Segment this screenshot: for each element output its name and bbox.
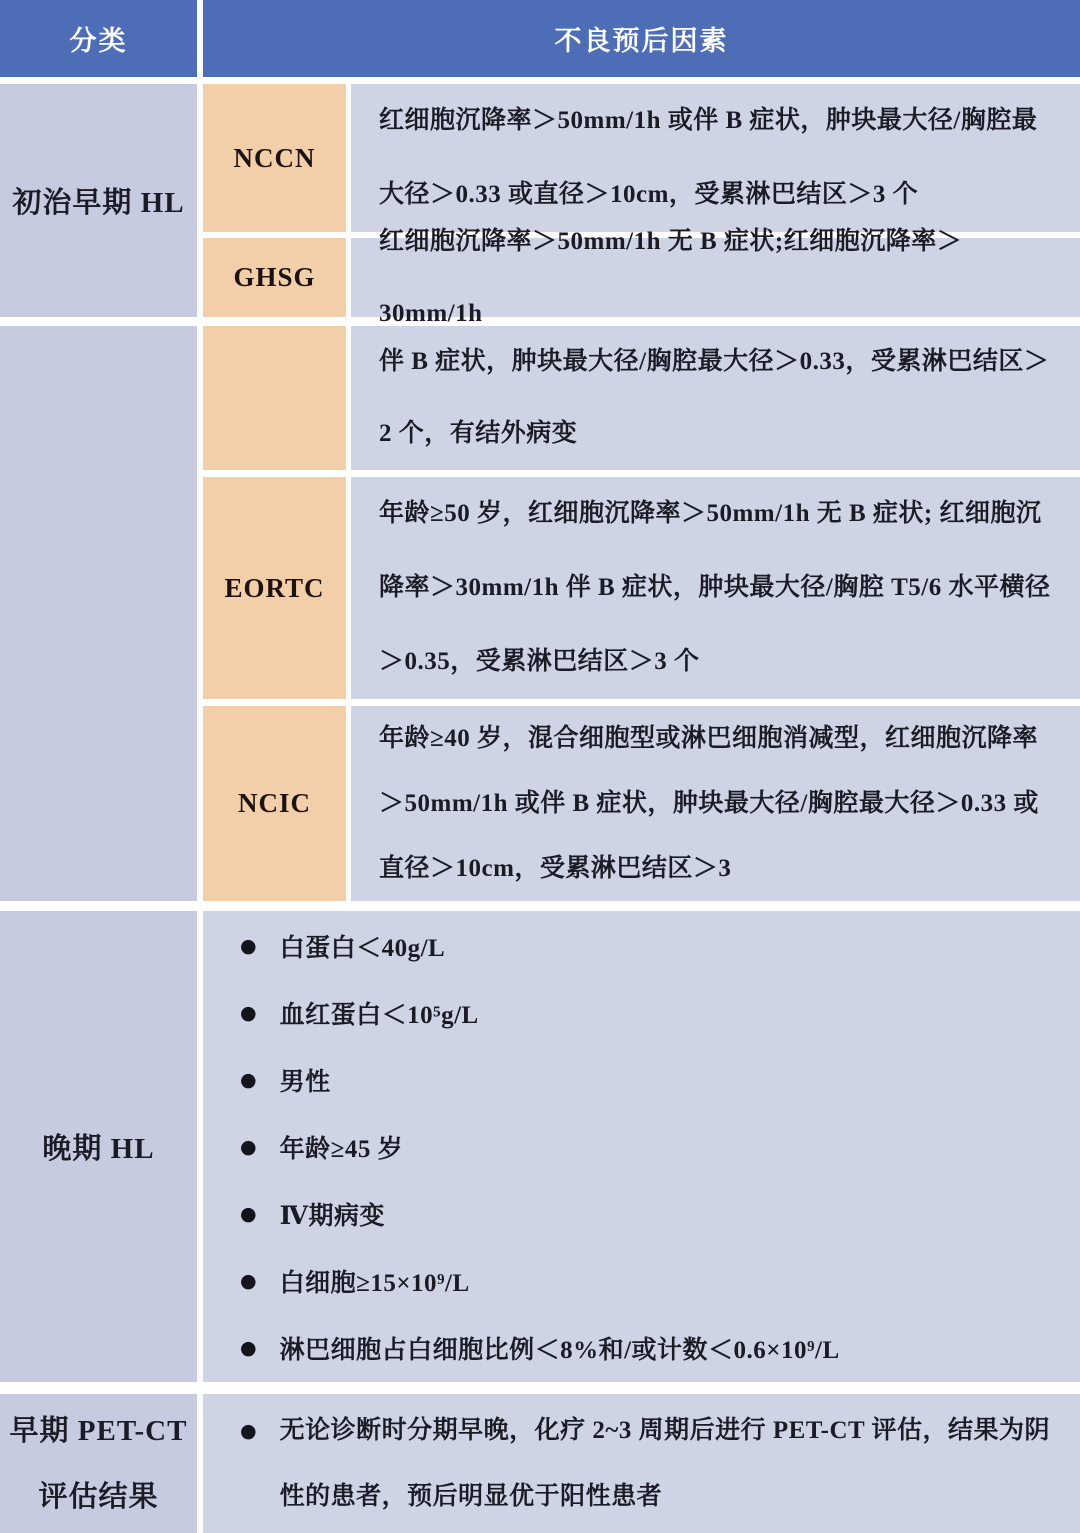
list-item: ● 白蛋白＜40g/L <box>240 912 1054 979</box>
bullet-icon: ● <box>240 1002 257 1024</box>
list-item: ● 血红蛋白＜10⁵g/L <box>240 979 1054 1046</box>
factor-text: 年龄≥50 岁，红细胞沉降率＞50mm/1h 无 B 症状; 红细胞沉降率＞30… <box>379 477 1058 699</box>
category-line: 评估结果 <box>38 1464 158 1530</box>
content-cell: ● 白蛋白＜40g/L ● 血红蛋白＜10⁵g/L ● 男性 ● 年龄≥45 岁… <box>203 911 1080 1382</box>
table-row: GHSG 红细胞沉降率＞50mm/1h 无 B 症状;红细胞沉降率＞30mm/1… <box>203 238 1080 317</box>
factor-text: 血红蛋白＜10⁵g/L <box>280 995 479 1031</box>
section-advanced-hl: 晚期 HL ● 白蛋白＜40g/L ● 血红蛋白＜10⁵g/L ● 男性 ● 年… <box>0 911 1080 1382</box>
factor-text: 无论诊断时分期早晚，化疗 2~3 周期后进行 PET-CT 评估，结果为阴性的患… <box>280 1398 1054 1530</box>
content-cell: ● 无论诊断时分期早晚，化疗 2~3 周期后进行 PET-CT 评估，结果为阴性… <box>203 1394 1080 1533</box>
list-item: ● 年龄≥45 岁 <box>240 1113 1054 1180</box>
org-label-nccn: NCCN <box>203 84 346 232</box>
bullet-icon: ● <box>240 1398 257 1464</box>
org-label-blank <box>203 326 346 470</box>
bullet-icon: ● <box>240 1203 257 1225</box>
list-item: ● 男性 <box>240 1046 1054 1113</box>
list-item: ● 无论诊断时分期早晚，化疗 2~3 周期后进行 PET-CT 评估，结果为阴性… <box>240 1398 1054 1530</box>
factor-text: 白细胞≥15×10⁹/L <box>280 1263 470 1299</box>
org-label-eortc: EORTC <box>203 477 346 699</box>
category-cell: 初治早期 HL <box>0 84 197 317</box>
category-cell: 早期 PET-CT 评估结果 <box>0 1394 197 1533</box>
content-cell: 伴 B 症状，肿块最大径/胸腔最大径＞0.33，受累淋巴结区＞2 个，有结外病变 <box>351 326 1080 470</box>
factor-text: 年龄≥45 岁 <box>280 1129 403 1165</box>
header-factors-cell: 不良预后因素 <box>203 0 1080 77</box>
bullet-icon: ● <box>240 935 257 957</box>
factor-text: 年龄≥40 岁，混合细胞型或淋巴细胞消减型，红细胞沉降率＞50mm/1h 或伴 … <box>379 706 1058 901</box>
org-label-ncic: NCIC <box>203 706 346 901</box>
factor-text: 伴 B 症状，肿块最大径/胸腔最大径＞0.33，受累淋巴结区＞2 个，有结外病变 <box>379 326 1058 470</box>
category-cell: 晚期 HL <box>0 911 197 1382</box>
table-row: EORTC 年龄≥50 岁，红细胞沉降率＞50mm/1h 无 B 症状; 红细胞… <box>203 477 1080 699</box>
bullet-icon: ● <box>240 1337 257 1359</box>
factor-text: 男性 <box>280 1062 331 1098</box>
org-label-ghsg: GHSG <box>203 238 346 317</box>
header-category-cell: 分类 <box>0 0 197 77</box>
category-cell <box>0 326 197 901</box>
list-item: ● 白细胞≥15×10⁹/L <box>240 1247 1054 1314</box>
factor-text: 淋巴细胞占白细胞比例＜8%和/或计数＜0.6×10⁹/L <box>280 1330 840 1366</box>
list-item: ● Ⅳ期病变 <box>240 1180 1054 1247</box>
factor-text: Ⅳ期病变 <box>280 1196 385 1232</box>
bullet-icon: ● <box>240 1270 257 1292</box>
content-cell: 年龄≥40 岁，混合细胞型或淋巴细胞消减型，红细胞沉降率＞50mm/1h 或伴 … <box>351 706 1080 901</box>
section-early-petct-result: 早期 PET-CT 评估结果 ● 无论诊断时分期早晚，化疗 2~3 周期后进行 … <box>0 1394 1080 1533</box>
content-cell: 年龄≥50 岁，红细胞沉降率＞50mm/1h 无 B 症状; 红细胞沉降率＞30… <box>351 477 1080 699</box>
category-line: 早期 PET-CT <box>10 1398 188 1464</box>
table-row: NCIC 年龄≥40 岁，混合细胞型或淋巴细胞消减型，红细胞沉降率＞50mm/1… <box>203 706 1080 901</box>
table-header: 分类 不良预后因素 <box>0 0 1080 77</box>
table-row: 伴 B 症状，肿块最大径/胸腔最大径＞0.33，受累淋巴结区＞2 个，有结外病变 <box>203 326 1080 470</box>
bullet-icon: ● <box>240 1136 257 1158</box>
list-item: ● 淋巴细胞占白细胞比例＜8%和/或计数＜0.6×10⁹/L <box>240 1314 1054 1381</box>
prognostic-factors-table: 分类 不良预后因素 初治早期 HL NCCN 红细胞沉降率＞50mm/1h 或伴… <box>0 0 1080 1533</box>
factor-text: 白蛋白＜40g/L <box>280 928 446 964</box>
section-early-untreated-hl: 初治早期 HL NCCN 红细胞沉降率＞50mm/1h 或伴 B 症状，肿块最大… <box>0 84 1080 317</box>
section-early-hl-continued: 伴 B 症状，肿块最大径/胸腔最大径＞0.33，受累淋巴结区＞2 个，有结外病变… <box>0 326 1080 901</box>
factor-bullet-list: ● 白蛋白＜40g/L ● 血红蛋白＜10⁵g/L ● 男性 ● 年龄≥45 岁… <box>240 912 1054 1381</box>
bullet-icon: ● <box>240 1069 257 1091</box>
content-cell: 红细胞沉降率＞50mm/1h 无 B 症状;红细胞沉降率＞30mm/1h <box>351 238 1080 317</box>
